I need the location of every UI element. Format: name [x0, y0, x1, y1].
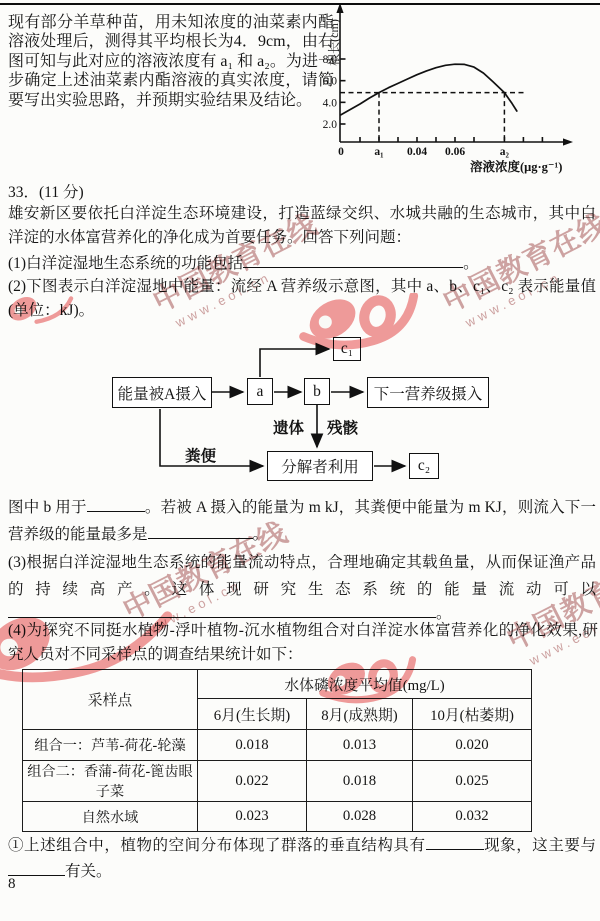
box-c2: c₂	[409, 453, 439, 479]
box-decomposer-use: 分解者利用	[267, 451, 373, 481]
note-text-mid: 现象，这主要与	[484, 837, 596, 854]
box-c1: c₁	[333, 337, 361, 361]
table-row: 组合一：芦苇-荷花-轮藻 0.018 0.013 0.020	[23, 730, 532, 761]
root-length-chart: 2.04.06.08.00a₁0.040.06a₂ 根长(cm) 溶液浓度(μg…	[318, 0, 594, 176]
label-remains: 残骸	[327, 416, 358, 438]
sampling-table: 采样点 水体磷浓度平均值(mg/L) 6月(生长期) 8月(成熟期) 10月(枯…	[22, 669, 532, 832]
svg-text:4.0: 4.0	[323, 97, 338, 109]
chart-y-axis-label: 根长(cm)	[325, 19, 342, 66]
svg-text:a₁: a₁	[374, 146, 383, 158]
sub-question-2: (2)下图表示白洋淀湿地中能量：流经 A 营养级示意图，其中 a、b、c₁、c₂…	[8, 275, 596, 323]
label-feces: 粪便	[185, 444, 216, 466]
table-cell-sampling-point: 采样点	[23, 670, 198, 730]
svg-text:0.06: 0.06	[445, 146, 465, 158]
label-corpse: 遗体	[273, 416, 304, 438]
cell-value: 0.020	[413, 730, 532, 761]
row-label: 组合一：芦苇-荷花-轮藻	[23, 730, 198, 761]
svg-text:0.04: 0.04	[407, 146, 427, 158]
page-number: 8	[8, 876, 16, 893]
q1-period: 。	[463, 255, 479, 272]
sub-question-3: (3)根据白洋淀湿地生态系统的能量流动特点，合理地确定其载鱼量，从而保证渔产品的…	[8, 549, 596, 603]
cell-value: 0.018	[198, 730, 307, 761]
chart-x-axis-label: 溶液浓度(μg·g⁻¹)	[470, 157, 562, 175]
table-cell-june: 6月(生长期)	[198, 699, 307, 730]
cell-value: 0.018	[307, 761, 413, 802]
cell-value: 0.025	[413, 761, 532, 802]
answer-blank	[426, 835, 484, 850]
answer-blank	[243, 253, 463, 268]
cell-value: 0.032	[413, 802, 532, 832]
note-text-post: 有关。	[65, 863, 112, 880]
svg-text:2.0: 2.0	[323, 119, 338, 131]
box-a: a	[247, 378, 273, 405]
cell-value: 0.028	[307, 802, 413, 832]
box-energy-intake-a: 能量被A摄入	[112, 377, 212, 408]
table-cell-october: 10月(枯萎期)	[413, 699, 532, 730]
footer-note: ①上述组合中，植物的空间分布体现了群落的垂直结构具有现象，这主要与有关。	[8, 833, 596, 885]
exam-paper-page: 现有部分羊草种苗，用未知浓度的油菜素内酯溶液处理后，测得其平均根长为4．9cm，…	[0, 0, 600, 921]
question-intro: 雄安新区要依托白洋淀生态环境建设，打造蓝绿交织、水城共融的生态城市，其中白洋淀的…	[8, 202, 596, 250]
table-cell-august: 8月(成熟期)	[307, 699, 413, 730]
chart-plot-area: 2.04.06.08.00a₁0.040.06a₂	[318, 0, 594, 176]
q1-text: (1)白洋淀湿地生态系统的功能包括	[8, 255, 243, 272]
intro-paragraph: 现有部分羊草种苗，用未知浓度的油菜素内酯溶液处理后，测得其平均根长为4．9cm，…	[8, 13, 334, 110]
box-next-trophic-level: 下一营养级摄入	[367, 377, 489, 408]
note-text-pre: ①上述组合中，植物的空间分布体现了群落的垂直结构具有	[8, 837, 426, 854]
row-label: 自然水域	[23, 802, 198, 832]
answer-blank	[8, 603, 436, 618]
question-number: 33．(11 分)	[8, 180, 84, 202]
table-header-row: 采样点 水体磷浓度平均值(mg/L)	[23, 670, 532, 699]
row-label: 组合二：香蒲-荷花-篦齿眼子菜	[23, 761, 198, 802]
b-text-pre: 图中 b 用于	[8, 499, 87, 516]
sub-question-1: (1)白洋淀湿地生态系统的功能包括。	[8, 251, 596, 273]
cell-value: 0.022	[198, 761, 307, 802]
cell-value: 0.013	[307, 730, 413, 761]
svg-text:0: 0	[338, 146, 344, 158]
answer-blank	[8, 861, 65, 876]
b-text-post: 。	[253, 526, 269, 543]
box-b: b	[304, 378, 330, 405]
svg-text:6.0: 6.0	[323, 76, 338, 88]
energy-flow-diagram: 能量被A摄入 a b c₁ 下一营养级摄入 分解者利用 c₂ 遗体 残骸 粪便	[0, 332, 600, 492]
b-usage-paragraph: 图中 b 用于。若被 A 摄入的能量为 m kJ，其粪便中能量为 m KJ，则流…	[8, 494, 596, 548]
cell-value: 0.023	[198, 802, 307, 832]
table-cell-group-header: 水体磷浓度平均值(mg/L)	[198, 670, 532, 699]
answer-blank	[148, 524, 253, 539]
answer-blank	[87, 497, 145, 512]
table-row: 组合二：香蒲-荷花-篦齿眼子菜 0.022 0.018 0.025	[23, 761, 532, 802]
table-row: 自然水域 0.023 0.028 0.032	[23, 802, 532, 832]
sub-question-4: (4)为探究不同挺水植物-浮叶植物-沉水植物组合对白洋淀水体富营养化的净化效果,…	[8, 619, 598, 666]
